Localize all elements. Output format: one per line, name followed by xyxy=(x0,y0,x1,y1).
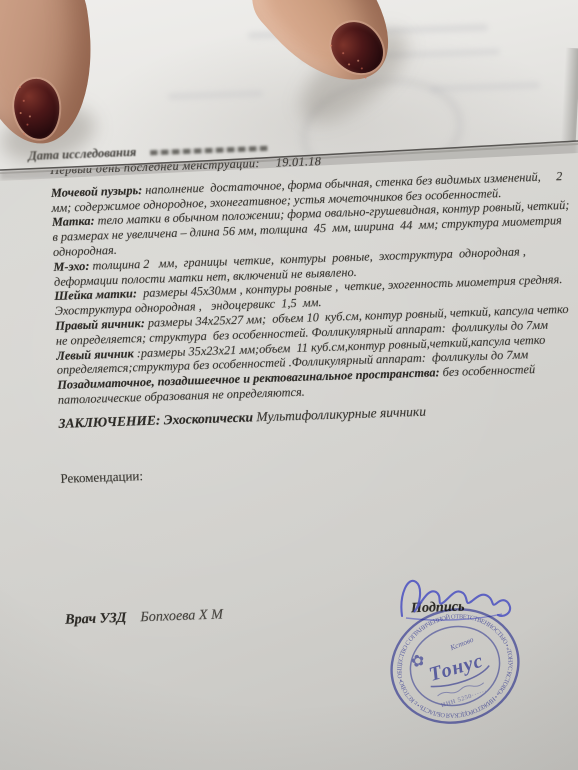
recommendations-label: Рекомендации: xyxy=(60,452,578,487)
showthrough-text-line xyxy=(168,90,263,99)
nail-glitter xyxy=(330,44,333,47)
nail-left xyxy=(12,77,61,140)
ultrasound-report-text: Первый день последней менструации:19.01.… xyxy=(50,143,578,627)
stamp-city-script: Кстово xyxy=(448,635,475,653)
nail-glitter xyxy=(19,86,21,88)
conclusion-label: ЗАКЛЮЧЕНИЕ: Эхоскопически xyxy=(58,409,253,430)
photographed-document-scene: Дата исследования Первый день последней … xyxy=(0,0,578,770)
paper-edge-shadow xyxy=(560,48,578,149)
flower-icon: ✿ xyxy=(409,651,427,671)
illegible-smudge xyxy=(150,145,268,155)
showthrough-text-line xyxy=(430,82,540,92)
stamp-brand-name: Тонус xyxy=(427,650,486,686)
doctor-name: Бопхоева Х М xyxy=(126,606,223,625)
conclusion-text: Мультифолликурные яичники xyxy=(253,403,426,424)
organization-stamp: • ОБЩЕСТВО С ОГРАНИЧЕННОЙ ОТВЕТСТВЕННОСТ… xyxy=(368,590,542,742)
doctor-label: Врач УЗД xyxy=(65,609,127,627)
